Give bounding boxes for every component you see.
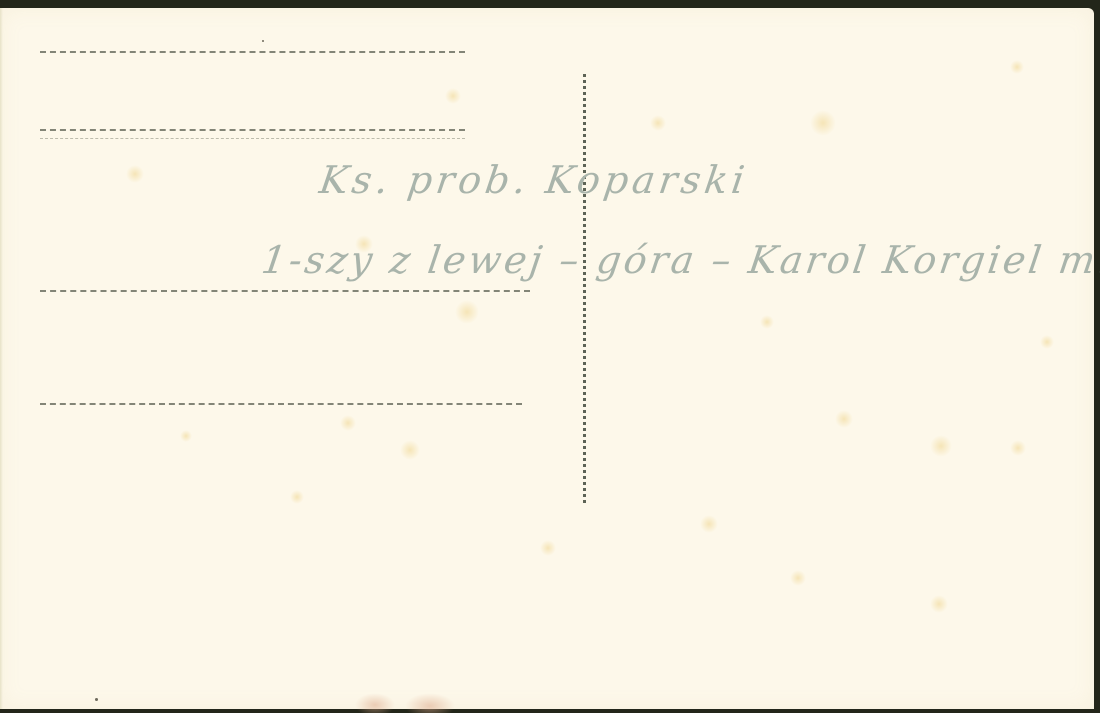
postcard-scan: Ks. prob. Koparski 1-szy z lewej – góra … — [0, 0, 1100, 713]
handwritten-name: Ks. prob. Koparski — [317, 158, 751, 202]
foxing-spot — [930, 435, 952, 457]
foxing-spot — [810, 110, 836, 136]
center-divider — [583, 74, 586, 503]
foxing-spot — [445, 88, 461, 104]
foxing-spot — [400, 440, 420, 460]
address-line-2 — [40, 129, 465, 131]
foxing-spot — [455, 300, 479, 324]
foxing-spot — [650, 115, 666, 131]
dust-speck — [262, 40, 264, 42]
foxing-spot — [1010, 440, 1026, 456]
address-line-2b — [40, 138, 465, 139]
dust-speck — [95, 698, 98, 701]
foxing-spot — [340, 415, 356, 431]
foxing-spot — [790, 570, 806, 586]
foxing-spot — [930, 595, 948, 613]
foxing-spot — [835, 410, 853, 428]
foxing-spot — [290, 490, 304, 504]
foxing-spot — [760, 315, 774, 329]
address-line-3 — [40, 290, 530, 292]
foxing-spot — [700, 515, 718, 533]
address-line-1 — [40, 51, 465, 53]
foxing-spot — [1010, 60, 1024, 74]
address-line-4 — [40, 403, 522, 405]
handwritten-caption: 1-szy z lewej – góra – Karol Korgiel m. … — [259, 238, 1100, 282]
card-left-edge — [0, 8, 3, 709]
foxing-spot — [1040, 335, 1054, 349]
stain-mark — [405, 693, 455, 713]
foxing-spot — [180, 430, 192, 442]
stain-mark — [355, 693, 395, 713]
foxing-spot — [540, 540, 556, 556]
foxing-spot — [126, 165, 144, 183]
